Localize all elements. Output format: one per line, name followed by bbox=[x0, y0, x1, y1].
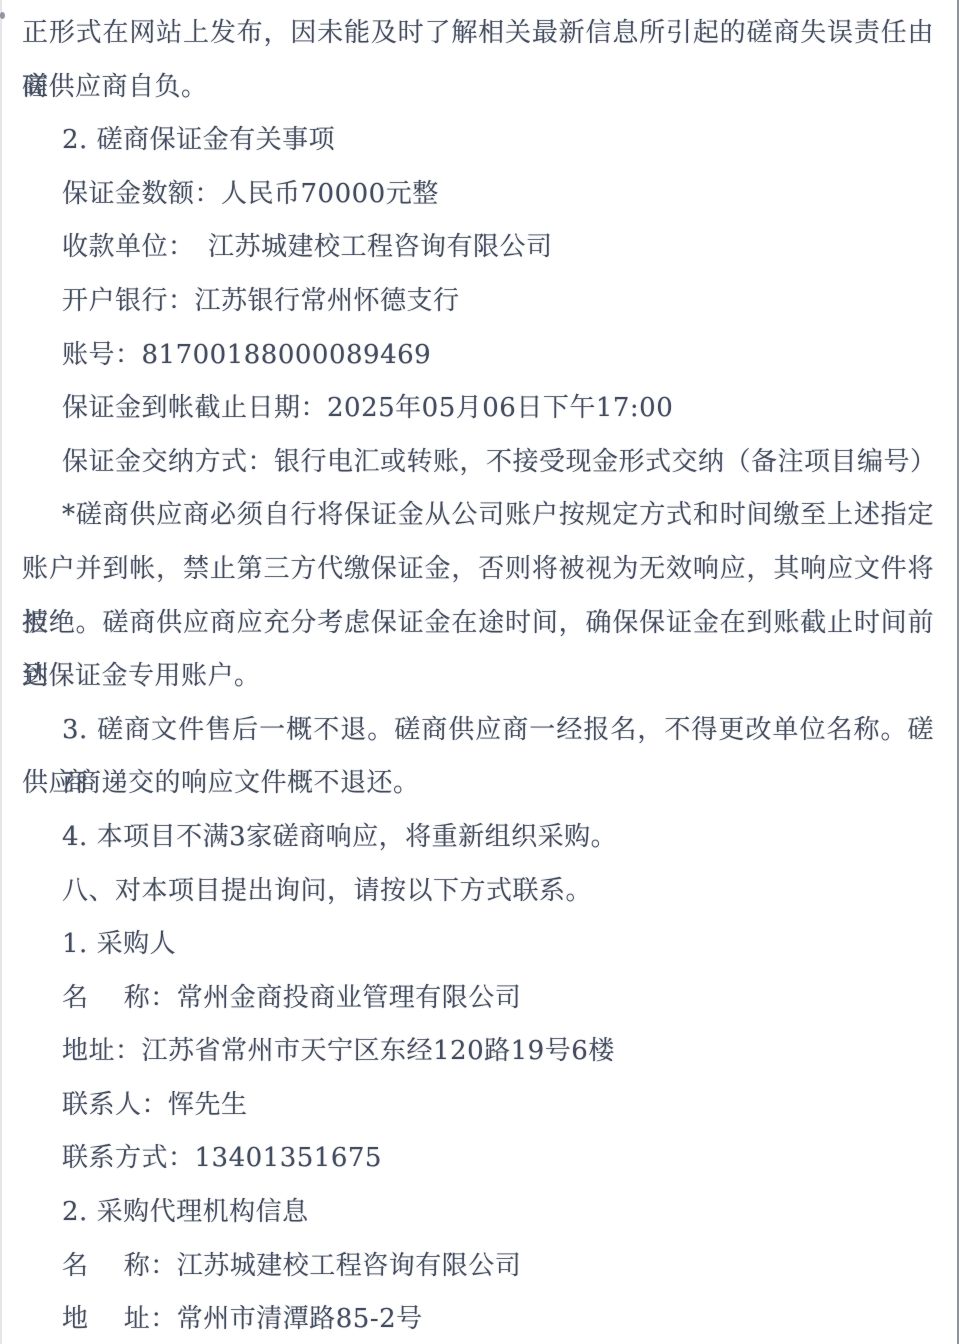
document-line: 3. 磋商文件售后一概不退。磋商供应商一经报名，不得更改单位名称。磋商 bbox=[22, 704, 934, 758]
document-content: 正形式在网站上发布，因未能及时了解相关最新信息所引起的磋商失误责任由磋商供应商自… bbox=[22, 7, 934, 1344]
document-line: 收款单位： 江苏城建校工程咨询有限公司 bbox=[22, 221, 934, 275]
document-line: 地址：江苏省常州市天宁区东经120路19号6楼 bbox=[22, 1025, 934, 1079]
document-line: 1. 采购人 bbox=[22, 918, 934, 972]
document-line: 账户并到帐，禁止第三方代缴保证金，否则将被视为无效响应，其响应文件将被 bbox=[22, 543, 934, 597]
document-line: 2. 磋商保证金有关事项 bbox=[22, 114, 934, 168]
document-line: *磋商供应商必须自行将保证金从公司账户按规定方式和时间缴至上述指定 bbox=[22, 489, 934, 543]
document-line: 正形式在网站上发布，因未能及时了解相关最新信息所引起的磋商失误责任由磋 bbox=[22, 7, 934, 61]
document-line: 名 称：常州金商投商业管理有限公司 bbox=[22, 972, 934, 1026]
document-line: 4. 本项目不满3家磋商响应，将重新组织采购。 bbox=[22, 811, 934, 865]
document-line: 2. 采购代理机构信息 bbox=[22, 1186, 934, 1240]
document-line: 开户银行：江苏银行常州怀德支行 bbox=[22, 275, 934, 329]
scan-edge-shadow bbox=[0, 0, 2, 1344]
document-line: 商供应商自负。 bbox=[22, 61, 934, 115]
document-line: 保证金交纳方式：银行电汇或转账，不接受现金形式交纳（备注项目编号） bbox=[22, 436, 934, 490]
document-line: 联系方式：13401351675 bbox=[22, 1132, 934, 1186]
document-line: 保证金数额：人民币70000元整 bbox=[22, 168, 934, 222]
document-line: 拒绝。磋商供应商应充分考虑保证金在途时间，确保保证金在到账截止时间前到 bbox=[22, 597, 934, 651]
document-page: 正形式在网站上发布，因未能及时了解相关最新信息所引起的磋商失误责任由磋商供应商自… bbox=[0, 0, 962, 1344]
document-line: 账号：81700188000089469 bbox=[22, 329, 934, 383]
document-line: 供应商递交的响应文件概不退还。 bbox=[22, 757, 934, 811]
document-line: 联系人：恽先生 bbox=[22, 1079, 934, 1133]
document-line: 名 称：江苏城建校工程咨询有限公司 bbox=[22, 1240, 934, 1294]
document-line: 地 址：常州市清潭路85-2号 bbox=[22, 1293, 934, 1344]
document-line: 八、对本项目提出询问，请按以下方式联系。 bbox=[22, 865, 934, 919]
scan-edge-line bbox=[957, 0, 959, 1344]
scan-artifact-speck bbox=[0, 12, 5, 19]
document-line: 达保证金专用账户。 bbox=[22, 650, 934, 704]
document-line: 保证金到帐截止日期：2025年05月06日下午17:00 bbox=[22, 382, 934, 436]
